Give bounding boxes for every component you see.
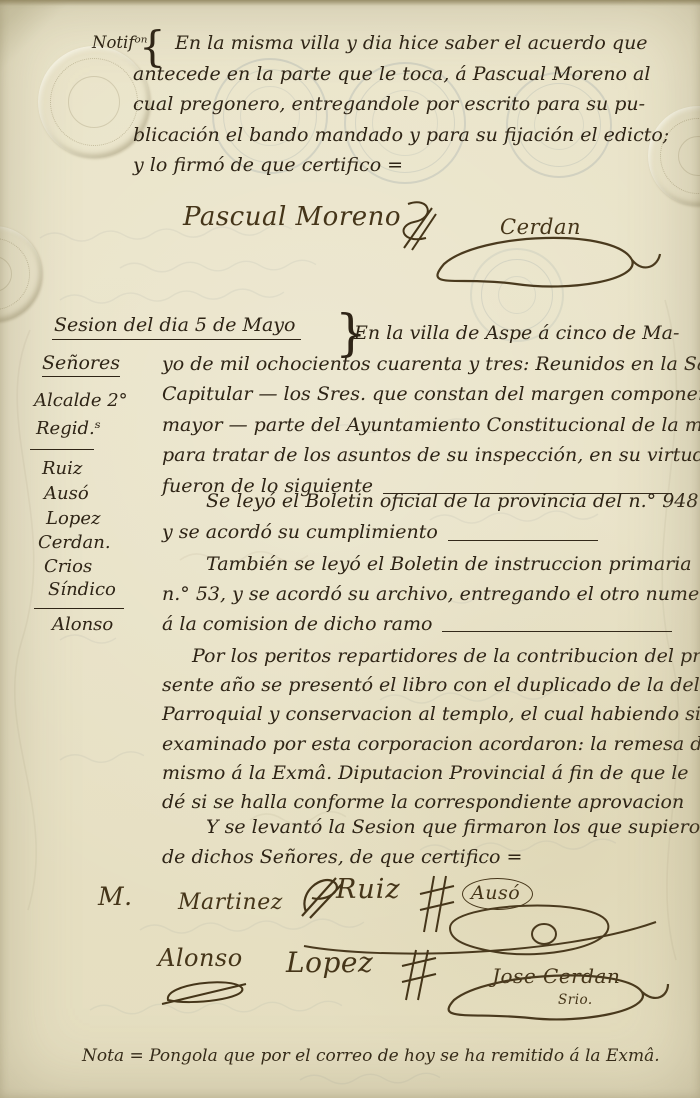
closing-rule <box>442 631 672 632</box>
manuscript-line: Capitular — los Sres. que constan del ma… <box>162 379 674 410</box>
session-body-paragraph: En la villa de Aspe á cinco de Ma- yo de… <box>162 318 674 501</box>
manuscript-line: yo de mil ochocientos cuarenta y tres: R… <box>162 349 674 380</box>
manuscript-page: Notifᵒⁿ { En la misma villa y dia hice s… <box>0 0 700 1098</box>
cerdan-rubric-flourish-icon <box>420 236 662 298</box>
contribucion-paragraph: Por los peritos repartidores de la contr… <box>162 642 674 817</box>
page-top-edge <box>0 0 700 6</box>
closing-rule <box>448 540 598 541</box>
manuscript-line: blicación el bando mandado y para su fij… <box>133 120 681 151</box>
manuscript-line: sente año se presentó el libro con el du… <box>162 671 674 700</box>
margin-item-alcalde: Alcalde 2° <box>34 390 128 411</box>
manuscript-line: antecede en la parte que le toca, á Pasc… <box>133 59 681 90</box>
manuscript-line: Se leyó el Boletin oficial de la provinc… <box>162 486 674 517</box>
signature-alonso: Alonso <box>158 944 243 972</box>
manuscript-line: y lo firmó de que certifico = <box>133 150 681 181</box>
manuscript-line: Por los peritos repartidores de la contr… <box>162 642 674 671</box>
notification-paragraph: En la misma villa y dia hice saber el ac… <box>133 28 681 181</box>
manuscript-line: cual pregonero, entregandole por escrito… <box>133 89 681 120</box>
signature-lopez: Lopez <box>286 946 373 979</box>
margin-item-ruiz: Ruiz <box>42 458 82 479</box>
cerdan-rubric-flourish-icon <box>432 970 670 1028</box>
nota-line: Nota = Pongola que por el correo de hoy … <box>82 1046 660 1066</box>
signature-martinez: Martinez <box>178 890 283 915</box>
manuscript-line: Y se levantó la Sesion que firmaron los … <box>162 812 674 842</box>
margin-item-auso: Ausó <box>44 483 89 504</box>
manuscript-line: En la villa de Aspe á cinco de Ma- <box>162 318 674 349</box>
rubric-flourish-icon <box>162 976 248 1006</box>
manuscript-line: mayor — parte del Ayuntamiento Constituc… <box>162 410 674 441</box>
embossed-seal-icon <box>0 226 42 322</box>
manuscript-line: á la comision de dicho ramo <box>162 609 674 639</box>
boletin-oficial-paragraph: Se leyó el Boletin oficial de la provinc… <box>162 486 674 548</box>
margin-title-senores: Señores <box>42 352 120 377</box>
margin-item-cerdan: Cerdan. <box>38 532 111 553</box>
margin-item-alonso: Alonso <box>52 614 113 635</box>
manuscript-line: y se acordó su cumplimiento <box>162 517 674 548</box>
boletin-instruccion-paragraph: También se leyó el Boletin de instruccio… <box>162 549 674 639</box>
manuscript-line: para tratar de los asuntos de su inspecc… <box>162 440 674 471</box>
margin-item-regidores: Regid.ˢ <box>36 418 101 439</box>
manuscript-line: de dichos Señores, de que certifico = <box>162 842 674 872</box>
manuscript-line: En la misma villa y dia hice saber el ac… <box>133 28 681 59</box>
manuscript-line: examinado por esta corporacion acordaron… <box>162 730 674 759</box>
manuscript-line: También se leyó el Boletin de instruccio… <box>162 549 674 579</box>
margin-rule <box>30 449 94 450</box>
margin-item-lopez: Lopez <box>46 508 100 529</box>
closing-paragraph: Y se levantó la Sesion que firmaron los … <box>162 812 674 872</box>
manuscript-line: Parroquial y conservacion al templo, el … <box>162 700 674 729</box>
signature-m: M. <box>98 882 133 911</box>
margin-rule <box>34 608 124 609</box>
manuscript-line: mismo á la Exmâ. Diputacion Provincial á… <box>162 759 674 788</box>
margin-item-crios: Crios <box>44 556 92 577</box>
manuscript-line: n.° 53, y se acordó su archivo, entregan… <box>162 579 674 609</box>
signature-pascual-moreno: Pascual Moreno <box>183 202 401 232</box>
margin-item-sindico: Síndico <box>48 579 116 600</box>
